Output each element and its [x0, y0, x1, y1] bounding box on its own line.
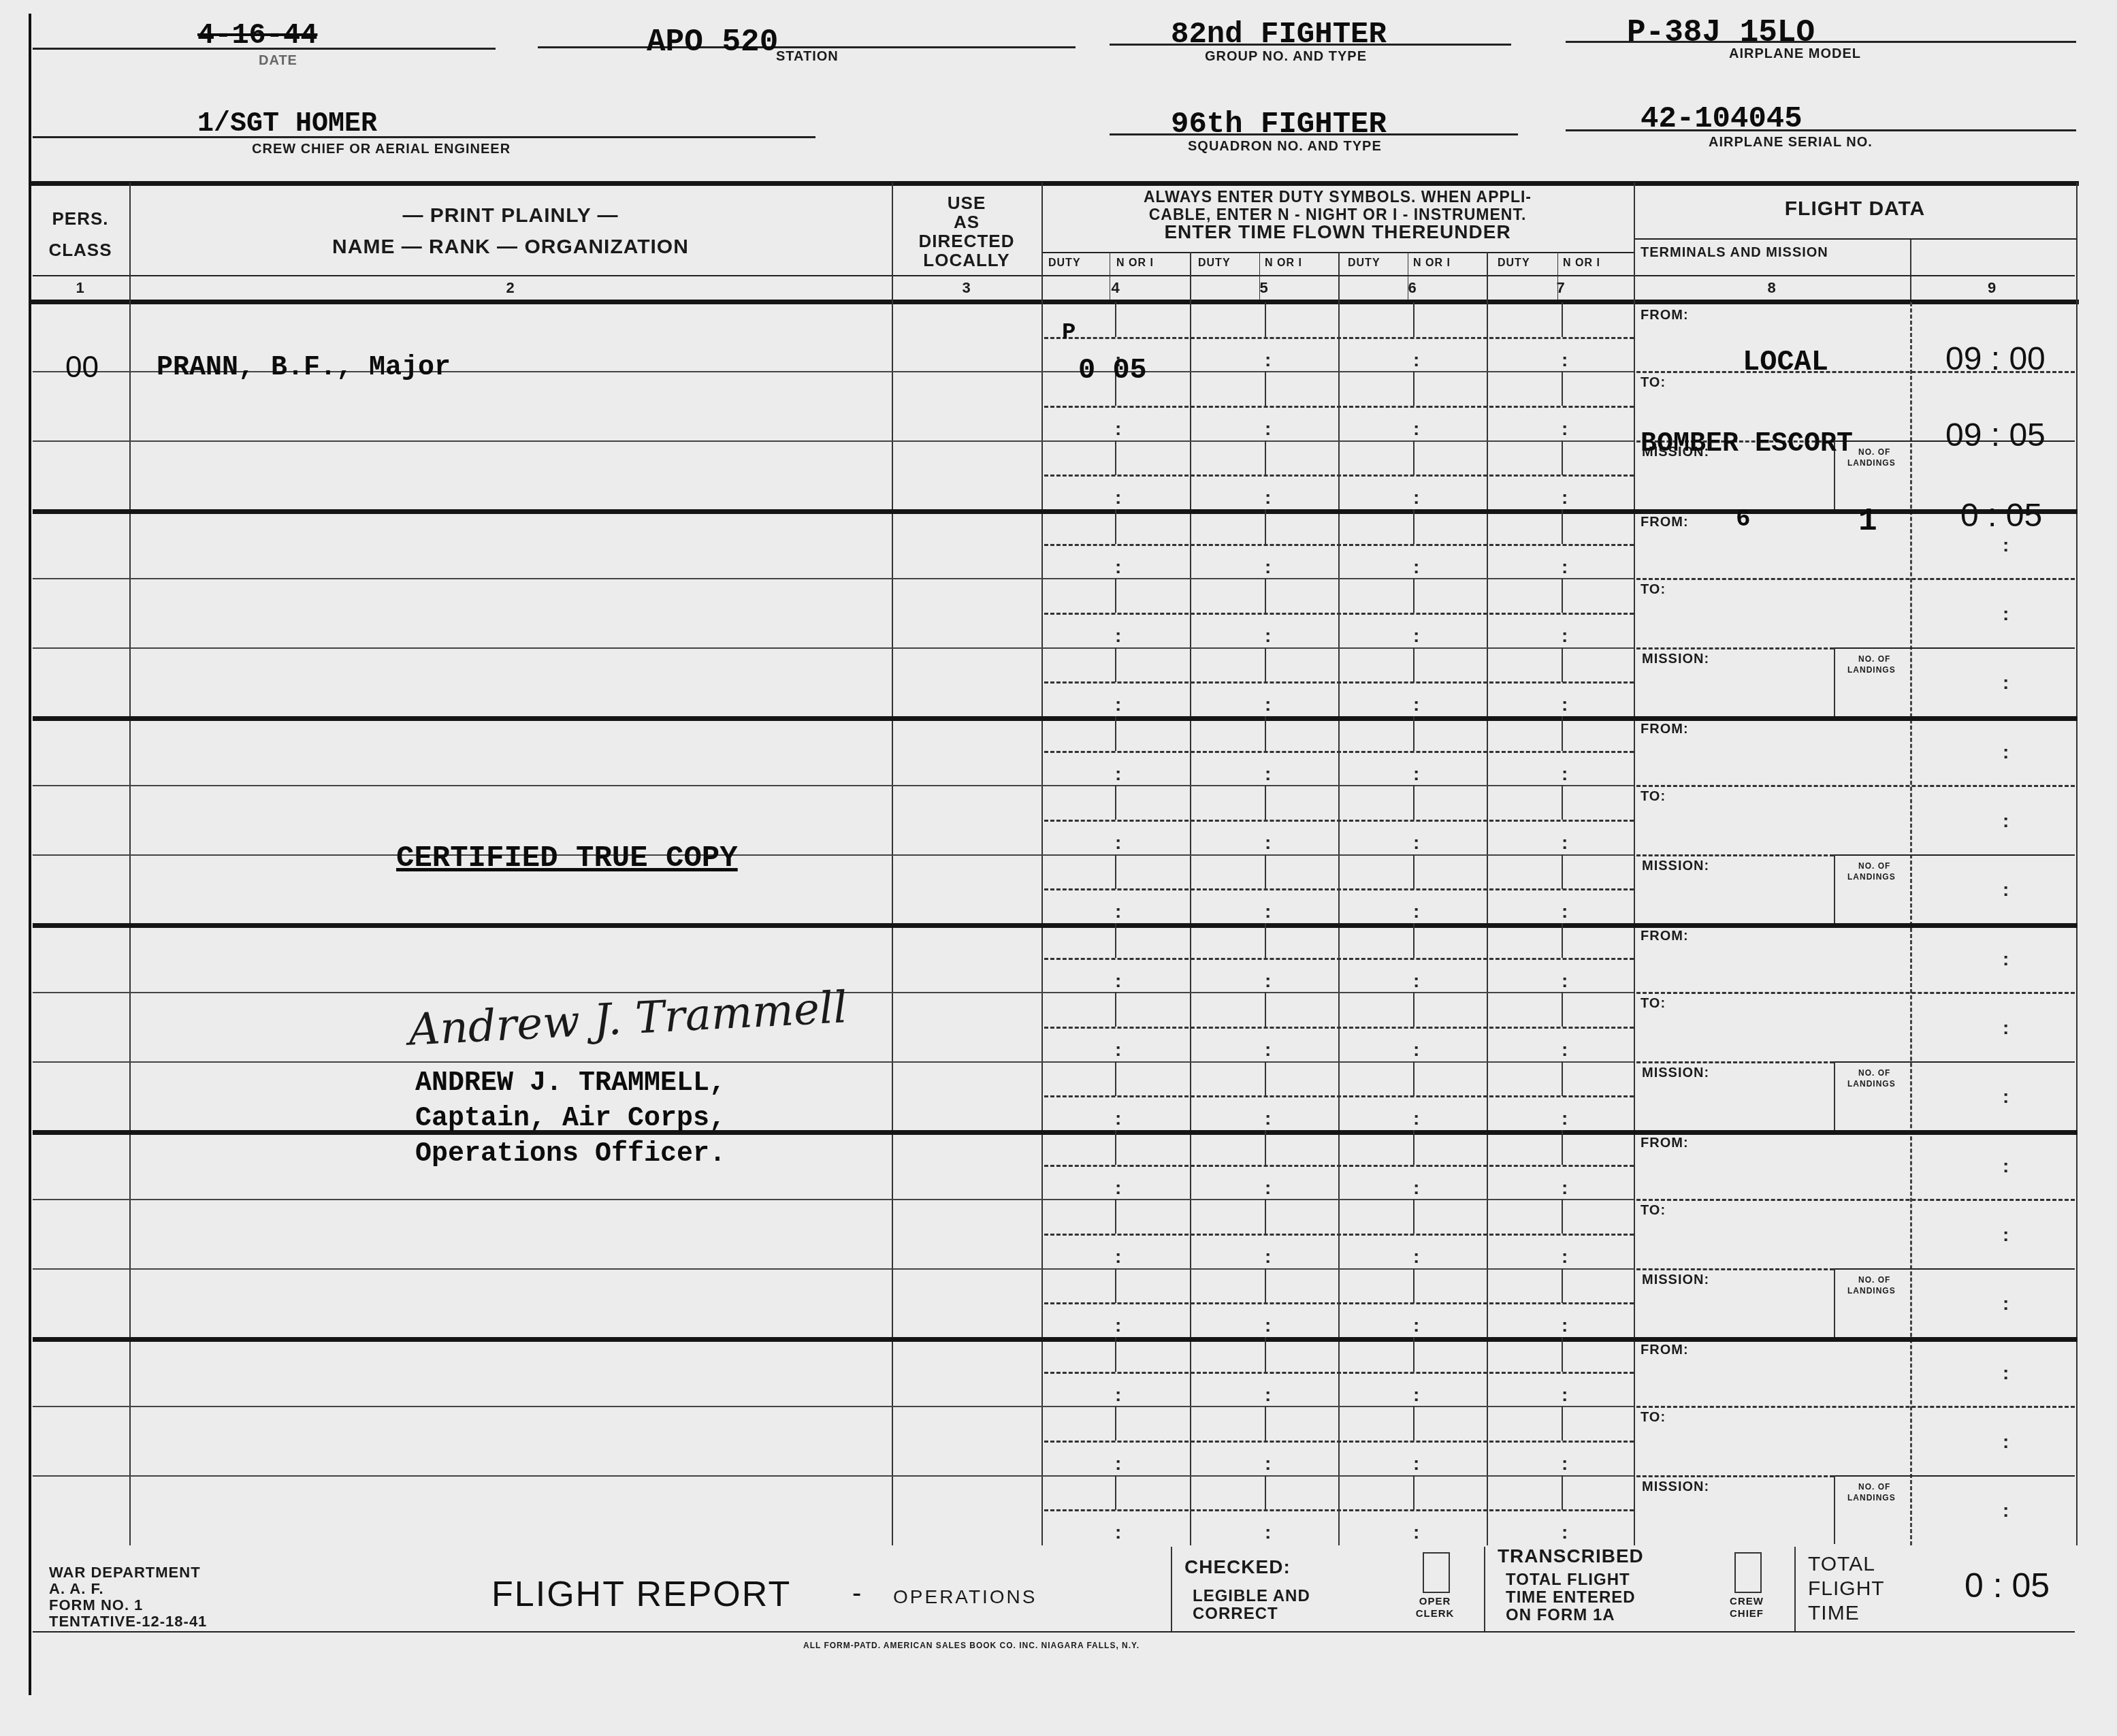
duty-tick: [1562, 302, 1563, 337]
dept-block: WAR DEPARTMENT A. A. F. FORM NO. 1 TENTA…: [49, 1564, 207, 1630]
duration-value[interactable]: 0 : 05: [1960, 497, 2042, 534]
duty-label-4: DUTY: [1048, 257, 1081, 270]
station-value[interactable]: APO 520: [647, 25, 778, 60]
to-time[interactable]: 09 : 05: [1945, 417, 2046, 454]
time-colon: :: [1115, 1246, 1121, 1268]
dept-line2: A. A. F.: [49, 1581, 207, 1597]
total-flight-time-value[interactable]: 0 : 05: [1965, 1566, 2050, 1605]
duty-tick: [1265, 1199, 1266, 1234]
crew-chief-label: CREW CHIEF OR AERIAL ENGINEER: [252, 142, 511, 157]
duty-split-5: [1259, 252, 1260, 300]
landings-label-1: NO. OF: [1858, 1482, 1890, 1492]
mission-label: MISSION:: [1642, 652, 1709, 667]
duty-tick: [1562, 923, 1563, 958]
name-value[interactable]: PRANN, B.F., Major: [157, 353, 451, 383]
landings-label-1: NO. OF: [1858, 861, 1890, 871]
duty-tick: [1562, 1406, 1563, 1441]
landings-box-rule: [1834, 1268, 1835, 1337]
crew-chief-line: [33, 136, 815, 138]
flight-time-colon: :: [2003, 948, 2009, 970]
duty-tick: [1562, 1337, 1563, 1372]
time-colon: :: [1115, 625, 1121, 647]
duty-tick: [1562, 785, 1563, 820]
duty-tick: [1115, 1199, 1116, 1234]
duty-tick: [1413, 923, 1415, 958]
time-colon: :: [1562, 418, 1568, 440]
flight-time-colon: :: [2003, 534, 2009, 556]
col3-line3: DIRECTED: [892, 231, 1041, 251]
flight-from-to-line: [1636, 1406, 2075, 1408]
total-line1: TOTAL: [1808, 1552, 1885, 1577]
landings-label-2: LANDINGS: [1847, 1286, 1896, 1296]
dept-line4: TENTATIVE-12-18-41: [49, 1613, 207, 1630]
duty-tick: [1115, 1061, 1116, 1096]
duty-label-6: DUTY: [1348, 257, 1380, 270]
col2-number: 2: [129, 279, 892, 297]
duty-dash-line: [1044, 337, 1634, 339]
duty-tick: [1115, 1475, 1116, 1510]
duty-label-7: DUTY: [1498, 257, 1530, 270]
time-colon: :: [1115, 1315, 1121, 1336]
duty-tick: [1265, 509, 1266, 544]
nori-label-4: N OR I: [1116, 257, 1154, 270]
flight-mission-line: [1834, 1475, 2075, 1477]
flight-time-colon: :: [2003, 1431, 2009, 1453]
to-label: TO:: [1641, 375, 1666, 391]
checked-label: CHECKED:: [1184, 1556, 1291, 1578]
time-flown-4[interactable]: 0 05: [1078, 354, 1147, 387]
serial-value[interactable]: 42-104045: [1641, 102, 1803, 136]
time-colon: :: [1265, 832, 1271, 854]
duty-tick: [1115, 1406, 1116, 1441]
signature: Andrew J. Trammell: [408, 982, 849, 1056]
nori-label-7: N OR I: [1563, 257, 1600, 270]
model-value[interactable]: P-38J 15LO: [1627, 15, 1815, 50]
flight-time-colon: :: [2003, 603, 2009, 625]
time-colon: :: [1413, 694, 1419, 716]
duty-tick: [1413, 992, 1415, 1027]
flight-time-colon: :: [2003, 1155, 2009, 1177]
duty-tick: [1115, 647, 1116, 682]
landings-label-1: NO. OF: [1858, 1068, 1890, 1078]
duty-tick: [1115, 509, 1116, 544]
duty-dash-line: [1044, 475, 1634, 477]
time-colon: :: [1265, 625, 1271, 647]
to-label: TO:: [1641, 582, 1666, 598]
duty-dash-line: [1044, 958, 1634, 960]
time-colon: :: [1115, 487, 1121, 509]
legible-block: LEGIBLE AND CORRECT: [1193, 1588, 1310, 1623]
time-colon: :: [1413, 763, 1419, 785]
to-value[interactable]: BOMBER ESCORT: [1641, 429, 1853, 460]
duty-tick: [1413, 302, 1415, 337]
flight-time-colon: :: [2003, 1293, 2009, 1315]
mission-label: MISSION:: [1642, 1065, 1709, 1081]
duty-tick: [1115, 1268, 1116, 1303]
to-label: TO:: [1641, 1203, 1666, 1219]
col-rule-5-6: [1338, 252, 1340, 1545]
crew-line1: CREW: [1719, 1596, 1774, 1608]
group-label: GROUP NO. AND TYPE: [1205, 49, 1367, 65]
flight-data-title: FLIGHT DATA: [1634, 197, 2076, 221]
number-row-rule: [33, 275, 2075, 276]
time-colon: :: [1562, 1315, 1568, 1336]
duty-dash-line: [1044, 406, 1634, 408]
time-colon: :: [1265, 349, 1271, 371]
crew-chief-value[interactable]: 1/SGT HOMER: [197, 109, 377, 140]
landings-label-1: NO. OF: [1858, 654, 1890, 664]
time-colon: :: [1265, 1039, 1271, 1061]
time-colon: :: [1265, 970, 1271, 992]
time-colon: :: [1265, 1177, 1271, 1199]
time-colon: :: [1413, 1039, 1419, 1061]
flight-from-to-line: [1636, 578, 2075, 580]
date-value[interactable]: 4-16-44: [197, 19, 317, 52]
duty-tick: [1115, 716, 1116, 751]
legible-line2: CORRECT: [1193, 1605, 1310, 1623]
flight-to-mission-line: [1636, 1475, 1834, 1477]
oper-clerk-label: OPER CLERK: [1408, 1596, 1462, 1620]
col1-line2: CLASS: [33, 240, 128, 261]
flight-mission-line: [1834, 1268, 2075, 1270]
date-label: DATE: [259, 53, 297, 69]
person-row-line: [33, 854, 1634, 856]
time-colon: :: [1413, 1108, 1419, 1129]
nori-label-6: N OR I: [1413, 257, 1451, 270]
col3-line2: AS: [892, 212, 1041, 231]
group-value[interactable]: 82nd FIGHTER: [1171, 18, 1387, 52]
header-bottom-rule: [30, 300, 2079, 304]
col3-line4: LOCALLY: [892, 251, 1041, 270]
station-label: STATION: [776, 49, 839, 65]
duty-tick: [1562, 1475, 1563, 1510]
duty-tick: [1265, 1337, 1266, 1372]
duty-dash-line: [1044, 751, 1634, 753]
duty-line3: ENTER TIME FLOWN THEREUNDER: [1041, 223, 1634, 241]
pers-class-value[interactable]: 00: [65, 351, 99, 385]
duty-tick: [1562, 578, 1563, 613]
from-label: FROM:: [1641, 1343, 1689, 1358]
duty-dash-line: [1044, 1095, 1634, 1097]
duty-tick: [1265, 578, 1266, 613]
flight-data-subrule: [1635, 238, 2076, 240]
flight-mission-line: [1834, 854, 2075, 856]
form-subtitle: OPERATIONS: [893, 1586, 1037, 1608]
duty-tick: [1562, 992, 1563, 1027]
flight-to-mission-line: [1636, 1061, 1834, 1063]
col2-line1: — PRINT PLAINLY —: [129, 204, 892, 227]
duty-dash-line: [1044, 544, 1634, 546]
squadron-value[interactable]: 96th FIGHTER: [1171, 108, 1387, 142]
duty-tick: [1413, 1130, 1415, 1165]
time-colon: :: [1562, 832, 1568, 854]
duty-tick: [1562, 716, 1563, 751]
flight-to-mission-line: [1636, 647, 1834, 649]
duty-dash-line: [1044, 1509, 1634, 1511]
block-rule: [33, 509, 2078, 514]
duty-line1: ALWAYS ENTER DUTY SYMBOLS. WHEN APPLI-: [1041, 188, 1634, 206]
landings-label-1: NO. OF: [1858, 447, 1890, 457]
col3-header: USE AS DIRECTED LOCALLY: [892, 193, 1041, 270]
col6-number: 6: [1338, 279, 1487, 297]
flight-time-colon: :: [2003, 741, 2009, 763]
mission-label: MISSION:: [1642, 1272, 1709, 1288]
flight-time-colon: :: [2003, 1224, 2009, 1246]
crew-chief-footer-label: CREW CHIEF: [1719, 1596, 1774, 1620]
person-row-line: [33, 578, 1634, 579]
flight-time-colon: :: [2003, 1086, 2009, 1108]
duty-split-7: [1557, 252, 1558, 300]
time-colon: :: [1413, 901, 1419, 922]
landings-box-rule: [1834, 1475, 1835, 1544]
time-colon: :: [1115, 1177, 1121, 1199]
from-label: FROM:: [1641, 308, 1689, 323]
duty-tick: [1413, 647, 1415, 682]
duty-tick: [1265, 1061, 1266, 1096]
col8-number: 8: [1634, 279, 1910, 297]
duty-dash-line: [1044, 888, 1634, 890]
from-label: FROM:: [1641, 722, 1689, 737]
duty-tick: [1562, 440, 1563, 475]
duty-dash-line: [1044, 1372, 1634, 1374]
landings-label-2: LANDINGS: [1847, 665, 1896, 675]
flight-mission-line: [1834, 1061, 2075, 1063]
person-row-line: [33, 440, 1634, 442]
col3-number: 3: [892, 279, 1041, 297]
block-rule: [33, 1337, 2078, 1342]
duty-tick: [1413, 371, 1415, 406]
dept-line3: FORM NO. 1: [49, 1597, 207, 1613]
duty-label-5: DUTY: [1198, 257, 1231, 270]
duty-tick: [1413, 716, 1415, 751]
duty-dash-line: [1044, 1027, 1634, 1029]
time-colon: :: [1562, 1522, 1568, 1543]
time-colon: :: [1265, 1522, 1271, 1543]
flight-from-to-line: [1636, 785, 2075, 787]
signer-name: ANDREW J. TRAMMELL,: [415, 1066, 726, 1102]
serial-label: AIRPLANE SERIAL NO.: [1709, 135, 1873, 150]
duty-tick: [1265, 440, 1266, 475]
duty-dash-line: [1044, 681, 1634, 684]
duty-dash-line: [1044, 1234, 1634, 1236]
block-rule: [33, 1130, 2078, 1135]
flight-time-colon: :: [2003, 1500, 2009, 1522]
duty-tick: [1413, 509, 1415, 544]
time-colon: :: [1562, 763, 1568, 785]
duty-tick: [1115, 1130, 1116, 1165]
time-colon: :: [1413, 487, 1419, 509]
time-colon: :: [1265, 1384, 1271, 1406]
col7-number: 7: [1487, 279, 1635, 297]
duty-dash-line: [1044, 820, 1634, 822]
landings-value[interactable]: 1: [1858, 504, 1877, 539]
to-label: TO:: [1641, 789, 1666, 805]
signer-title: Operations Officer.: [415, 1137, 726, 1172]
flight-mission-line: [1834, 647, 2075, 649]
duty-tick: [1413, 1337, 1415, 1372]
person-row-line: [33, 785, 1634, 786]
transcribed-left-rule: [1484, 1547, 1485, 1631]
duty-tick: [1413, 1406, 1415, 1441]
duty-tick: [1115, 785, 1116, 820]
from-label: FROM:: [1641, 929, 1689, 944]
landings-label-2: LANDINGS: [1847, 872, 1896, 882]
duty-split-6: [1408, 252, 1408, 300]
col9-number: 9: [1988, 279, 1997, 297]
flight-to-mission-line: [1636, 1268, 1834, 1270]
flight-from-to-line: [1636, 992, 2075, 994]
time-colon: :: [1413, 1453, 1419, 1475]
time-colon: :: [1265, 694, 1271, 716]
col5-number: 5: [1190, 279, 1338, 297]
time-colon: :: [1562, 1108, 1568, 1129]
col4-number: 4: [1041, 279, 1190, 297]
printer-imprint: ALL FORM-PATD. AMERICAN SALES BOOK CO. I…: [803, 1641, 1140, 1650]
from-label: FROM:: [1641, 515, 1689, 530]
landings-label-1: NO. OF: [1858, 1275, 1890, 1285]
transcribed-label: TRANSCRIBED: [1498, 1545, 1644, 1567]
crew-chief-initial-box[interactable]: [1734, 1552, 1762, 1593]
duty-tick: [1115, 1337, 1116, 1372]
duty-tick: [1265, 1130, 1266, 1165]
duty-split-4: [1110, 252, 1110, 300]
to-label: TO:: [1641, 996, 1666, 1012]
footer-bottom-rule: [33, 1631, 2075, 1633]
landings-label-2: LANDINGS: [1847, 1079, 1896, 1089]
total-block: TOTAL FLIGHT TIME: [1808, 1552, 1885, 1626]
duty-tick: [1562, 647, 1563, 682]
form-title: FLIGHT REPORT: [491, 1574, 791, 1615]
duty-tick: [1115, 578, 1116, 613]
time-colon: :: [1413, 832, 1419, 854]
time-colon: :: [1562, 901, 1568, 922]
duty-tick: [1413, 1268, 1415, 1303]
mission-label: MISSION:: [1642, 1479, 1709, 1495]
oper-clerk-initial-box[interactable]: [1423, 1552, 1450, 1593]
crew-line2: CHIEF: [1719, 1608, 1774, 1620]
duty-dash-line: [1044, 1165, 1634, 1167]
mission-label: MISSION:: [1642, 858, 1709, 874]
duty-instructions: ALWAYS ENTER DUTY SYMBOLS. WHEN APPLI- C…: [1041, 188, 1634, 241]
terminals-label: TERMINALS AND MISSION: [1641, 245, 1828, 261]
duty-tick: [1265, 854, 1266, 889]
time-colon: :: [1265, 1315, 1271, 1336]
person-row-line: [33, 1406, 1634, 1407]
mission-value[interactable]: 6: [1736, 505, 1751, 533]
oper-line1: OPER: [1408, 1596, 1462, 1608]
from-time[interactable]: 09 : 00: [1945, 340, 2046, 378]
header-top-rule: [30, 181, 2079, 186]
time-colon: :: [1115, 1522, 1121, 1543]
duty-tick: [1265, 1268, 1266, 1303]
time-colon: :: [1413, 1384, 1419, 1406]
duty-tick: [1562, 1130, 1563, 1165]
time-colon: :: [1562, 1384, 1568, 1406]
time-colon: :: [1562, 556, 1568, 578]
block-rule: [33, 923, 2078, 928]
from-value[interactable]: LOCAL: [1743, 346, 1828, 379]
duty-tick: [1115, 302, 1116, 337]
col1-line1: PERS.: [33, 208, 128, 229]
duty-tick: [1265, 647, 1266, 682]
col1-number: 1: [33, 279, 128, 297]
duty-symbol-4[interactable]: P: [1062, 320, 1076, 346]
time-colon: :: [1115, 1039, 1121, 1061]
time-colon: :: [1115, 556, 1121, 578]
duty-tick: [1265, 1475, 1266, 1510]
time-colon: :: [1115, 1384, 1121, 1406]
col-rule-6-7: [1487, 252, 1488, 1545]
total-line2: FLIGHT: [1808, 1577, 1885, 1601]
time-colon: :: [1413, 1522, 1419, 1543]
time-colon: :: [1115, 418, 1121, 440]
to-label: TO:: [1641, 1410, 1666, 1426]
duty-tick: [1413, 440, 1415, 475]
time-colon: :: [1562, 1177, 1568, 1199]
legible-line1: LEGIBLE AND: [1193, 1588, 1310, 1605]
time-colon: :: [1562, 1246, 1568, 1268]
squadron-label: SQUADRON NO. AND TYPE: [1188, 139, 1382, 155]
time-colon: :: [1265, 901, 1271, 922]
duty-dash-line: [1044, 613, 1634, 615]
duty-tick: [1115, 440, 1116, 475]
transcribed-block: TOTAL FLIGHT TIME ENTERED ON FORM 1A: [1506, 1571, 1636, 1624]
duty-tick: [1265, 302, 1266, 337]
col3-line1: USE: [892, 193, 1041, 212]
landings-label-2: LANDINGS: [1847, 458, 1896, 468]
oper-line2: CLERK: [1408, 1608, 1462, 1620]
time-colon: :: [1413, 625, 1419, 647]
duty-tick: [1562, 854, 1563, 889]
time-colon: :: [1413, 1315, 1419, 1336]
flight-time-colon: :: [2003, 879, 2009, 901]
trans-line2: TIME ENTERED: [1506, 1589, 1636, 1607]
duty-tick: [1562, 1199, 1563, 1234]
time-colon: :: [1265, 556, 1271, 578]
total-line3: TIME: [1808, 1601, 1885, 1626]
time-colon: :: [1115, 694, 1121, 716]
duty-tick: [1413, 578, 1415, 613]
duty-tick: [1413, 1061, 1415, 1096]
title-dash: -: [852, 1578, 861, 1609]
flight-from-to-line: [1636, 1199, 2075, 1201]
person-row-line: [33, 1475, 1634, 1477]
col2-line2: NAME — RANK — ORGANIZATION: [129, 236, 892, 259]
time-colon: :: [1562, 625, 1568, 647]
landings-box-rule: [1834, 854, 1835, 923]
flight-to-mission-line: [1636, 854, 1834, 856]
time-colon: :: [1115, 763, 1121, 785]
flight-time-colon: :: [2003, 1017, 2009, 1039]
trans-line1: TOTAL FLIGHT: [1506, 1571, 1636, 1589]
flight-time-colon: :: [2003, 810, 2009, 832]
block-rule: [33, 716, 2078, 721]
nori-label-5: N OR I: [1265, 257, 1302, 270]
time-colon: :: [1115, 1453, 1121, 1475]
time-colon: :: [1413, 1177, 1419, 1199]
time-colon: :: [1562, 1453, 1568, 1475]
time-colon: :: [1265, 1108, 1271, 1129]
person-row-line: [33, 1061, 1634, 1063]
duty-tick: [1562, 1061, 1563, 1096]
time-colon: :: [1115, 970, 1121, 992]
person-row-line: [33, 1268, 1634, 1270]
duty-tick: [1562, 509, 1563, 544]
time-colon: :: [1413, 349, 1419, 371]
duty-tick: [1115, 854, 1116, 889]
time-colon: :: [1115, 1108, 1121, 1129]
time-colon: :: [1413, 418, 1419, 440]
